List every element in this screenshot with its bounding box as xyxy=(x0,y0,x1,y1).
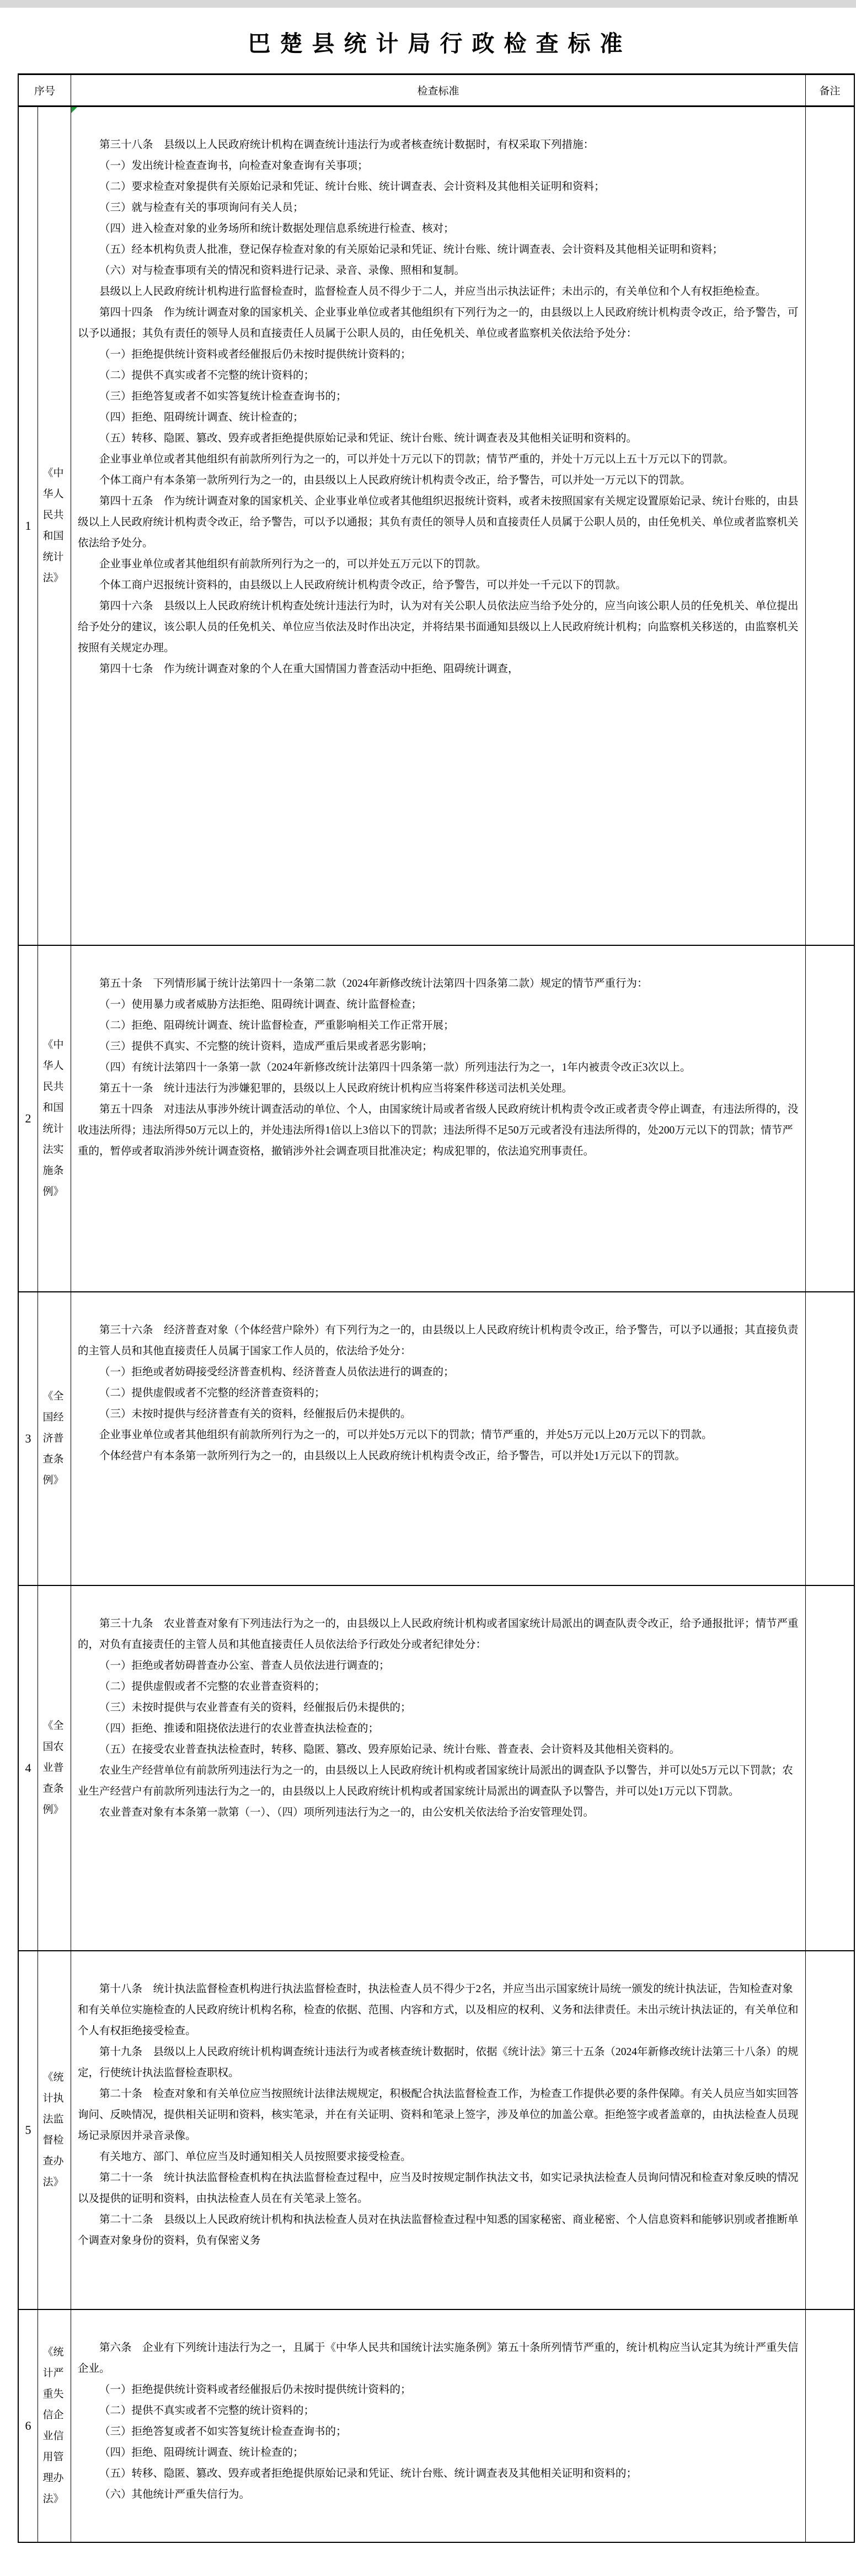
remark-cell xyxy=(805,107,854,945)
table-row: 4 《全国农业普查条例》 第三十九条 农业普查对象有下列违法行为之一的，由县级以… xyxy=(19,1586,854,1951)
table-row: 6 《统计严重失信企业信用管理办法》 第六条 企业有下列统计违法行为之一，且属于… xyxy=(19,2310,854,2542)
table-row: 5 《统计执法监督检查办法》 第十八条 统计执法监督检查机构进行执法监督检查时，… xyxy=(19,1951,854,2310)
standard-paragraph: （六）其他统计严重失信行为。 xyxy=(78,2484,800,2505)
standard-paragraph: 第五十四条 对违法从事涉外统计调查活动的单位、个人，由国家统计局或者省级人民政府… xyxy=(78,1099,800,1162)
standard-paragraph: 企业事业单位或者其他组织有前款所列行为之一的，可以并处5万元以下的罚款；情节严重… xyxy=(78,1425,800,1446)
standard-paragraph: 县级以上人民政府统计机构进行监督检查时，监督检查人员不得少于二人，并应当出示执法… xyxy=(78,281,800,302)
inspection-standards-table: 序号 检查标准 备注 1 《中华人民共和国统计法》 第三十八条 县级以上人民政府… xyxy=(18,73,855,2543)
law-name-text: 《中华人民共和国统计法实施条例》 xyxy=(43,1035,66,1202)
standard-paragraph: （三）拒绝答复或者不如实答复统计检查查询书的； xyxy=(78,386,800,407)
standard-paragraph: （五）经本机构负责人批准，登记保存检查对象的有关原始记录和凭证、统计台账、统计调… xyxy=(78,239,800,260)
standard-paragraph: （二）提供不真实或者不完整的统计资料的； xyxy=(78,2401,800,2421)
standard-paragraph: （六）对与检查事项有关的情况和资料进行记录、录音、录像、照相和复制。 xyxy=(78,260,800,281)
standard-paragraph: （一）拒绝或者妨碍接受经济普查机构、经济普查人员依法进行的调查的； xyxy=(78,1362,800,1383)
standard-paragraph: 第四十七条 作为统计调查对象的个人在重大国情国力普查活动中拒绝、阻碍统计调查， xyxy=(78,659,800,680)
remark-cell xyxy=(805,1951,854,2309)
standard-paragraph: 第二十一条 统计执法监督检查机构在执法监督检查过程中，应当及时按规定制作执法文书… xyxy=(78,2168,800,2210)
table-row: 3 《全国经济普查条例》 第三十六条 经济普查对象（个体经营户除外）有下列行为之… xyxy=(19,1292,854,1586)
inspection-standard-text: 第三十六条 经济普查对象（个体经营户除外）有下列行为之一的，由县级以上人民政府统… xyxy=(71,1292,805,1585)
law-name-text: 《中华人民共和国统计法》 xyxy=(43,463,66,589)
law-name: 《统计执法监督检查办法》 xyxy=(38,1951,71,2309)
remark-cell xyxy=(805,946,854,1291)
standard-paragraph: （三）未按时提供与经济普查有关的资料，经催报后仍未提供的。 xyxy=(78,1404,800,1425)
standard-paragraph: 第三十九条 农业普查对象有下列违法行为之一的，由县级以上人民政府统计机构或者国家… xyxy=(78,1614,800,1656)
standard-paragraph: （三）提供不真实、不完整的统计资料，造成严重后果或者恶劣影响； xyxy=(78,1036,800,1057)
table-body: 1 《中华人民共和国统计法》 第三十八条 县级以上人民政府统计机构在调查统计违法… xyxy=(19,107,854,2542)
standard-paragraph: （二）拒绝、阻碍统计调查、统计监督检查，严重影响相关工作正常开展； xyxy=(78,1015,800,1036)
standard-paragraph: （四）拒绝、阻碍统计调查、统计检查的； xyxy=(78,407,800,428)
law-name: 《中华人民共和国统计法》 xyxy=(38,107,71,945)
standard-paragraph: 第二十二条 县级以上人民政府统计机构和执法检查人员对在执法监督检查过程中知悉的国… xyxy=(78,2210,800,2252)
standard-paragraph: （三）就与检查有关的事项询问有关人员； xyxy=(78,198,800,219)
law-name-text: 《统计严重失信企业信用管理办法》 xyxy=(43,2342,66,2510)
law-name: 《中华人民共和国统计法实施条例》 xyxy=(38,946,71,1291)
standard-paragraph: 第四十五条 作为统计调查对象的国家机关、企业事业单位或者其他组织迟报统计资料，或… xyxy=(78,491,800,554)
row-index: 1 xyxy=(19,107,38,945)
standard-paragraph: （四）拒绝、推诿和阻挠依法进行的农业普查执法检查的； xyxy=(78,1718,800,1739)
standard-paragraph: 个体经营户有本条第一款所列行为之一的，由县级以上人民政府统计机构责令改正，给予警… xyxy=(78,1446,800,1467)
standard-paragraph: （五）在接受农业普查执法检查时，转移、隐匿、篡改、毁弃原始记录、统计台账、普查表… xyxy=(78,1739,800,1760)
standard-paragraph: （二）提供虚假或者不完整的经济普查资料的； xyxy=(78,1383,800,1404)
standard-paragraph: 个体工商户迟报统计资料的，由县级以上人民政府统计机构责令改正，给予警告，可以并处… xyxy=(78,575,800,596)
standard-paragraph: （四）有统计法第四十一条第一款（2024年新修改统计法第四十四条第一款）所列违法… xyxy=(78,1057,800,1078)
remark-cell xyxy=(805,2310,854,2542)
top-gray-strip xyxy=(0,0,856,8)
inspection-standard-text: 第六条 企业有下列统计违法行为之一，且属于《中华人民共和国统计法实施条例》第五十… xyxy=(71,2310,805,2542)
row-index: 3 xyxy=(19,1292,38,1585)
cell-comment-marker-icon xyxy=(71,107,77,113)
law-name-text: 《全国经济普查条例》 xyxy=(43,1386,66,1491)
standard-paragraph: 第三十六条 经济普查对象（个体经营户除外）有下列行为之一的，由县级以上人民政府统… xyxy=(78,1320,800,1362)
standard-paragraph: 个体工商户有本条第一款所列行为之一的，由县级以上人民政府统计机构责令改正，给予警… xyxy=(78,470,800,491)
standard-paragraph: （一）拒绝或者妨碍普查办公室、普查人员依法进行调查的； xyxy=(78,1656,800,1676)
row-index: 4 xyxy=(19,1586,38,1950)
standard-paragraph: （五）转移、隐匿、篡改、毁弃或者拒绝提供原始记录和凭证、统计台账、统计调查表及其… xyxy=(78,428,800,449)
standard-paragraph: （一）拒绝提供统计资料或者经催报后仍未按时提供统计资料的； xyxy=(78,344,800,365)
inspection-standard-text: 第十八条 统计执法监督检查机构进行执法监督检查时，执法检查人员不得少于2名，并应… xyxy=(71,1951,805,2309)
standard-paragraph: 第五十条 下列情形属于统计法第四十一条第二款（2024年新修改统计法第四十四条第… xyxy=(78,973,800,994)
law-name: 《全国经济普查条例》 xyxy=(38,1292,71,1585)
standard-paragraph: 第五十一条 统计违法行为涉嫌犯罪的，县级以上人民政府统计机构应当将案件移送司法机… xyxy=(78,1078,800,1099)
row-index: 6 xyxy=(19,2310,38,2542)
table-row: 2 《中华人民共和国统计法实施条例》 第五十条 下列情形属于统计法第四十一条第二… xyxy=(19,946,854,1292)
row-index: 2 xyxy=(19,946,38,1291)
table-row: 1 《中华人民共和国统计法》 第三十八条 县级以上人民政府统计机构在调查统计违法… xyxy=(19,107,854,946)
remark-cell xyxy=(805,1292,854,1585)
standard-paragraph: （二）要求检查对象提供有关原始记录和凭证、统计台账、统计调查表、会计资料及其他相… xyxy=(78,177,800,198)
standard-paragraph: （一）发出统计检查查询书，向检查对象查询有关事项； xyxy=(78,156,800,177)
row-index: 5 xyxy=(19,1951,38,2309)
inspection-standard-text: 第三十八条 县级以上人民政府统计机构在调查统计违法行为或者核查统计数据时，有权采… xyxy=(71,107,805,945)
standard-paragraph: 第四十六条 县级以上人民政府统计机构查处统计违法行为时，认为对有关公职人员依法应… xyxy=(78,596,800,659)
standard-paragraph: 农业生产经营单位有前款所列违法行为之一的，由县级以上人民政府统计机构或者国家统计… xyxy=(78,1760,800,1802)
header-col-remark: 备注 xyxy=(805,75,854,105)
standard-paragraph: 企业事业单位或者其他组织有前款所列行为之一的，可以并处五万元以下的罚款。 xyxy=(78,554,800,575)
table-header-row: 序号 检查标准 备注 xyxy=(19,75,854,107)
standard-paragraph: （三）未按时提供与农业普查有关的资料，经催报后仍未提供的； xyxy=(78,1697,800,1718)
inspection-standard-text: 第三十九条 农业普查对象有下列违法行为之一的，由县级以上人民政府统计机构或者国家… xyxy=(71,1586,805,1950)
inspection-standard-text: 第五十条 下列情形属于统计法第四十一条第二款（2024年新修改统计法第四十四条第… xyxy=(71,946,805,1291)
standard-paragraph: 第三十八条 县级以上人民政府统计机构在调查统计违法行为或者核查统计数据时，有权采… xyxy=(78,135,800,156)
standard-paragraph: 企业事业单位或者其他组织有前款所列行为之一的，可以并处十万元以下的罚款；情节严重… xyxy=(78,449,800,470)
standard-paragraph: 第十九条 县级以上人民政府统计机构调查统计违法行为或者核查统计数据时，依据《统计… xyxy=(78,2042,800,2084)
standard-paragraph: 第六条 企业有下列统计违法行为之一，且属于《中华人民共和国统计法实施条例》第五十… xyxy=(78,2338,800,2380)
standard-paragraph: （五）转移、隐匿、篡改、毁弃或者拒绝提供原始记录和凭证、统计台账、统计调查表及其… xyxy=(78,2463,800,2484)
law-name: 《全国农业普查条例》 xyxy=(38,1586,71,1950)
law-name-text: 《全国农业普查条例》 xyxy=(43,1716,66,1821)
standard-paragraph: （二）提供虚假或者不完整的农业普查资料的； xyxy=(78,1676,800,1697)
standard-paragraph: 第二十条 检查对象和有关单位应当按照统计法律法规规定，积极配合执法监督检查工作，… xyxy=(78,2084,800,2147)
standard-paragraph: 第四十四条 作为统计调查对象的国家机关、企业事业单位或者其他组织有下列行为之一的… xyxy=(78,302,800,344)
standard-paragraph: 有关地方、部门、单位应当及时通知相关人员按照要求接受检查。 xyxy=(78,2147,800,2168)
standard-paragraph: （三）拒绝答复或者不如实答复统计检查查询书的； xyxy=(78,2421,800,2442)
standard-paragraph: （一）拒绝提供统计资料或者经催报后仍未按时提供统计资料的； xyxy=(78,2380,800,2401)
header-col-index: 序号 xyxy=(19,75,71,105)
header-col-standard: 检查标准 xyxy=(71,75,805,105)
standard-paragraph: （四）进入检查对象的业务场所和统计数据处理信息系统进行检查、核对； xyxy=(78,219,800,239)
standard-paragraph: （四）拒绝、阻碍统计调查、统计检查的； xyxy=(78,2442,800,2463)
standard-paragraph: （二）提供不真实或者不完整的统计资料的； xyxy=(78,365,800,386)
law-name-text: 《统计执法监督检查办法》 xyxy=(43,2067,66,2193)
standard-paragraph: 农业普查对象有本条第一款第（一）、（四）项所列违法行为之一的，由公安机关依法给予… xyxy=(78,1802,800,1823)
page-title: 巴楚县统计局行政检查标准 xyxy=(18,17,853,66)
remark-cell xyxy=(805,1586,854,1950)
law-name: 《统计严重失信企业信用管理办法》 xyxy=(38,2310,71,2542)
standard-paragraph: （一）使用暴力或者威胁方法拒绝、阻碍统计调查、统计监督检查； xyxy=(78,994,800,1015)
standard-paragraph: 第十八条 统计执法监督检查机构进行执法监督检查时，执法检查人员不得少于2名，并应… xyxy=(78,1979,800,2042)
